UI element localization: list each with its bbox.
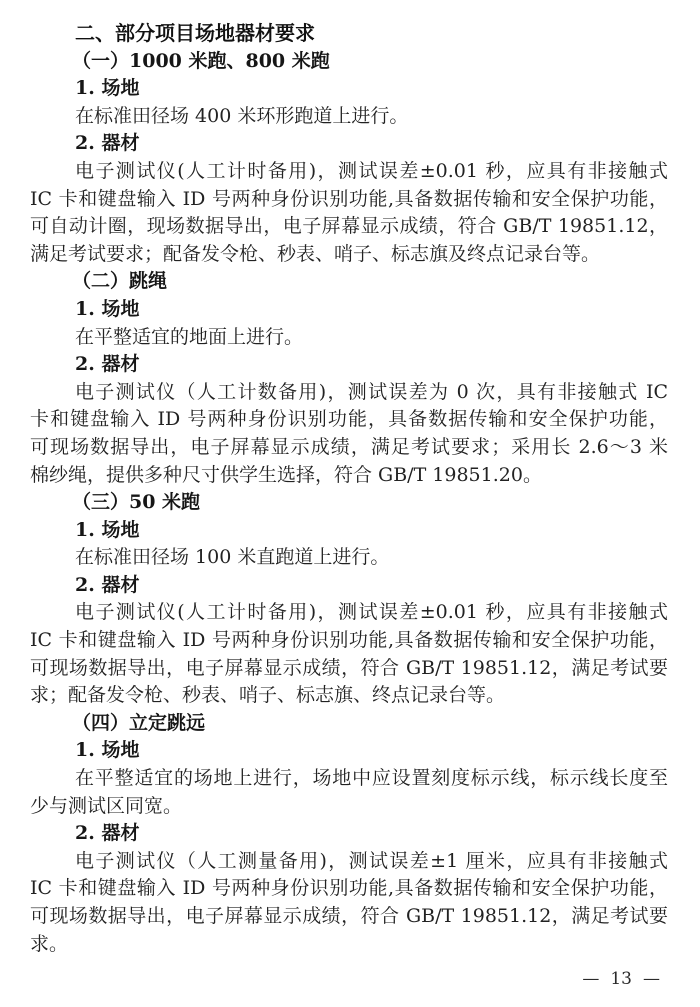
paragraph-line: 电子测试仪(人工计时备用)，测试误差±0.01 秒，应具有非接触式	[30, 158, 668, 186]
paragraph-line: IC 卡和键盘输入 ID 号两种身份识别功能,具备数据传输和安全保护功能，	[30, 875, 668, 903]
document-page: 二、部分项目场地器材要求 （一）1000 米跑、800 米跑 1. 场地 在标准…	[0, 0, 700, 1007]
paragraph-line: 可现场数据导出，电子屏幕显示成绩，满足考试要求；采用长 2.6～3 米	[30, 434, 668, 462]
item-label: 1. 场地	[30, 517, 668, 545]
paragraph-line: 在平整适宜的地面上进行。	[30, 324, 668, 352]
subsection-heading: （三）50 米跑	[30, 489, 668, 517]
paragraph-line: 可自动计圈，现场数据导出，电子屏幕显示成绩，符合 GB/T 19851.12，	[30, 213, 668, 241]
paragraph-line: 在标准田径场 100 米直跑道上进行。	[30, 544, 668, 572]
item-label: 1. 场地	[30, 296, 668, 324]
paragraph-line: 求。	[30, 931, 668, 959]
item-label: 2. 器材	[30, 572, 668, 600]
item-label: 2. 器材	[30, 820, 668, 848]
paragraph-line: 电子测试仪（人工测量备用)，测试误差±1 厘米，应具有非接触式	[30, 848, 668, 876]
paragraph-line: IC 卡和键盘输入 ID 号两种身份识别功能,具备数据传输和安全保护功能，	[30, 186, 668, 214]
footer-dash-left: —	[582, 969, 599, 989]
item-label: 1. 场地	[30, 75, 668, 103]
paragraph-line: 卡和键盘输入 ID 号两种身份识别功能，具备数据传输和安全保护功能，	[30, 406, 668, 434]
paragraph-line: 可现场数据导出，电子屏幕显示成绩，符合 GB/T 19851.12，满足考试要	[30, 655, 668, 683]
paragraph-line: 可现场数据导出，电子屏幕显示成绩，符合 GB/T 19851.12，满足考试要	[30, 903, 668, 931]
paragraph-line: 棉纱绳，提供多种尺寸供学生选择，符合 GB/T 19851.20。	[30, 462, 668, 490]
paragraph-line: 电子测试仪（人工计数备用)，测试误差为 0 次，具有非接触式 IC	[30, 379, 668, 407]
page-number: 13	[610, 969, 632, 989]
document-body: 二、部分项目场地器材要求 （一）1000 米跑、800 米跑 1. 场地 在标准…	[30, 20, 668, 958]
item-label: 2. 器材	[30, 130, 668, 158]
subsection-heading: （二）跳绳	[30, 268, 668, 296]
section-heading: 二、部分项目场地器材要求	[30, 20, 668, 48]
subsection-heading: （一）1000 米跑、800 米跑	[30, 48, 668, 76]
paragraph-line: 少与测试区同宽。	[30, 793, 668, 821]
footer-dash-right: —	[643, 969, 660, 989]
paragraph-line: IC 卡和键盘输入 ID 号两种身份识别功能,具备数据传输和安全保护功能，	[30, 627, 668, 655]
paragraph-line: 在平整适宜的场地上进行，场地中应设置刻度标示线，标示线长度至	[30, 765, 668, 793]
page-footer: —13—	[582, 969, 660, 989]
item-label: 2. 器材	[30, 351, 668, 379]
paragraph-line: 在标准田径场 400 米环形跑道上进行。	[30, 103, 668, 131]
item-label: 1. 场地	[30, 737, 668, 765]
paragraph-line: 电子测试仪(人工计时备用)，测试误差±0.01 秒，应具有非接触式	[30, 599, 668, 627]
paragraph-line: 求；配备发令枪、秒表、哨子、标志旗、终点记录台等。	[30, 682, 668, 710]
paragraph-line: 满足考试要求；配备发令枪、秒表、哨子、标志旗及终点记录台等。	[30, 241, 668, 269]
subsection-heading: （四）立定跳远	[30, 710, 668, 738]
